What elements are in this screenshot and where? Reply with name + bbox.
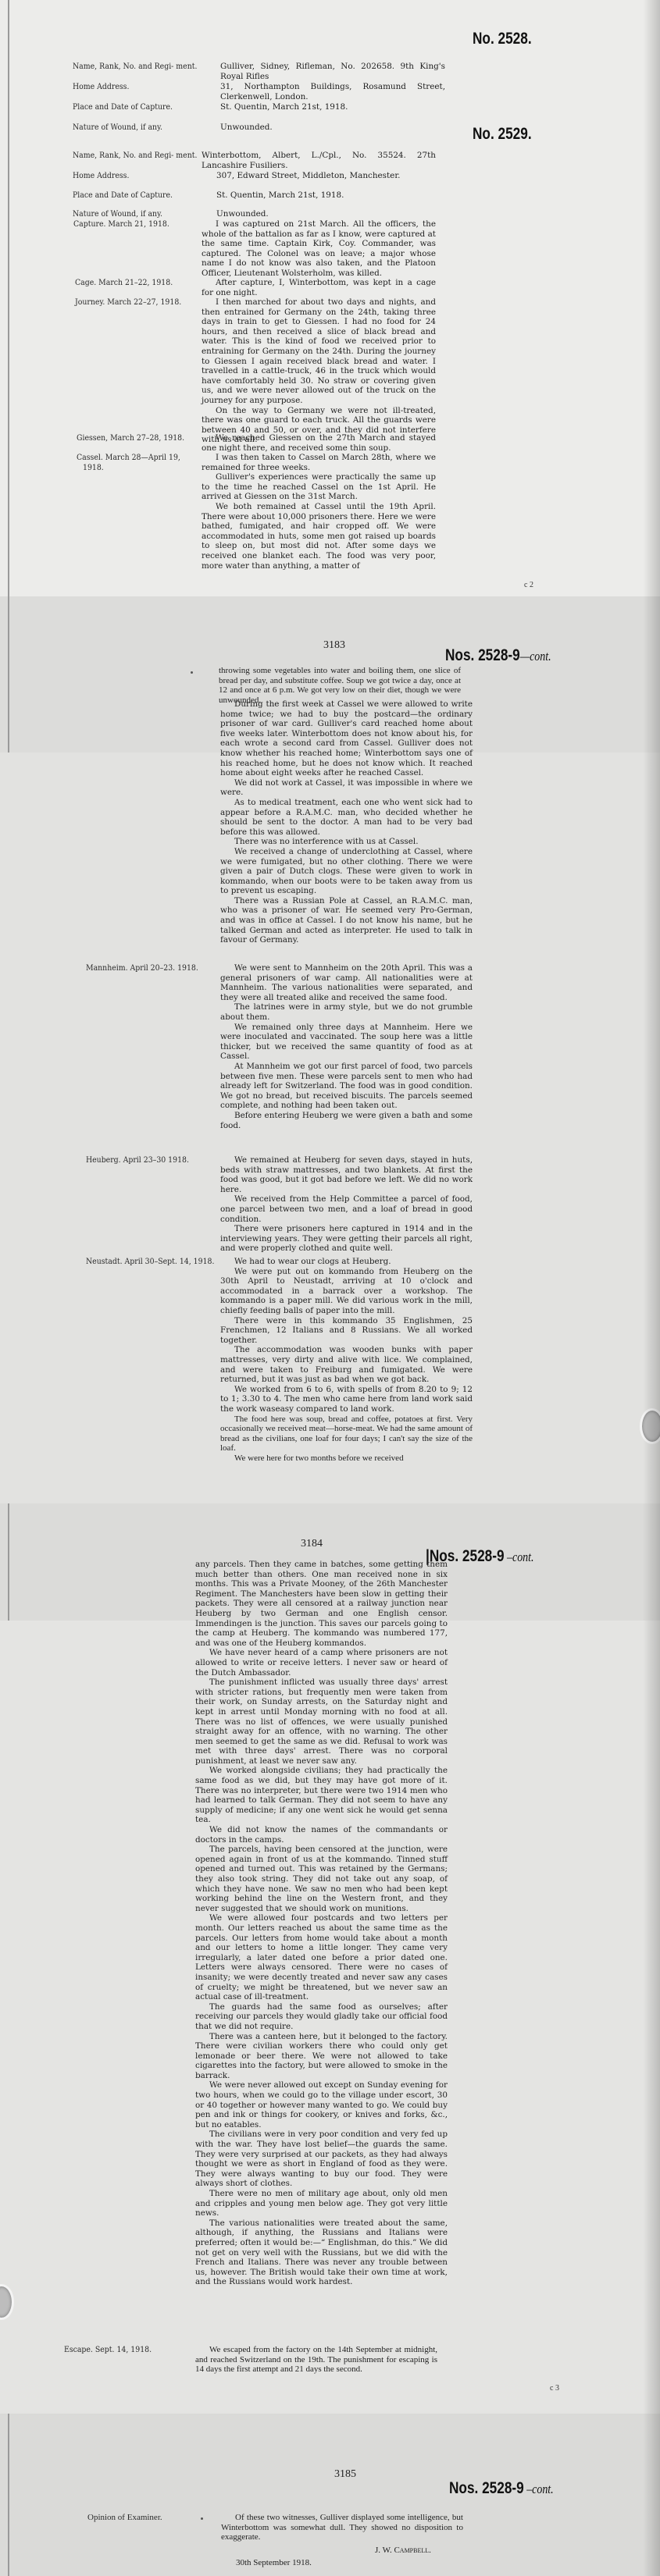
header-suffix: —cont. — [520, 649, 551, 664]
margin-note-mannheim: Mannheim. April 20–23. 1918. — [86, 963, 217, 973]
paragraph: We were here for two months before we re… — [220, 1453, 473, 1464]
running-header: Nos. 2528-9—cont. — [445, 646, 551, 665]
header-suffix: –cont. — [505, 1550, 534, 1564]
paragraph: The food here was soup, bread and coffee… — [220, 1414, 473, 1453]
paragraph: We were sent to Mannheim on the 20th Apr… — [220, 963, 473, 1002]
paragraph: The civilians were in very poor conditio… — [195, 2129, 448, 2189]
margin-note-cage: Cage. March 21–22, 1918. — [75, 278, 204, 288]
paragraph: We received from the Help Committee a pa… — [220, 1194, 473, 1224]
page-4: 3185 Nos. 2528-9 –cont. Opinion of Exami… — [0, 2414, 660, 2576]
paragraph: We did not know the names of the command… — [195, 1825, 448, 1845]
paragraph: We worked from 6 to 6, with spells of fr… — [220, 1385, 473, 1414]
page-1: No. 2528. Name, Rank, No. and Regi- ment… — [0, 0, 660, 596]
printer-signature: c 2 — [524, 581, 533, 589]
field-label: Place and Date of Capture. — [73, 190, 205, 201]
paragraph: We were allowed four postcards and two l… — [195, 1913, 448, 2001]
paragraph: We did not work at Cassel, it was imposs… — [220, 778, 473, 798]
paragraph: After capture, I, Winterbottom, was kept… — [202, 278, 436, 297]
field-label: Name, Rank, No. and Regi- ment. — [73, 62, 204, 72]
paragraph: There were no men of military age about,… — [195, 2189, 448, 2218]
field-value: 307, Edward Street, Middleton, Mancheste… — [216, 171, 443, 181]
paragraph: We remained at Heuberg for seven days, s… — [220, 1155, 473, 1194]
paragraph: Gulliver's experiences were practically … — [202, 472, 436, 502]
examination-date: 30th September 1918. — [236, 2558, 312, 2567]
paragraph: We both remained at Cassel until the 19t… — [202, 502, 436, 571]
paragraph: I then marched for about two days and ni… — [202, 297, 436, 406]
paragraph: We escaped from the factory on the 14th … — [195, 2345, 437, 2375]
paragraph: We reached Giessen on the 27th March and… — [202, 433, 436, 453]
field-value: Unwounded. — [216, 209, 443, 219]
header-title: Nos. 2528-9 — [445, 646, 520, 664]
paragraph: There was a Russian Pole at Cassel, an R… — [220, 896, 473, 945]
paragraph: The parcels, having been censored at the… — [195, 1845, 448, 1913]
paragraph: We received a change of underclothing at… — [220, 847, 473, 896]
page-number: 3185 — [334, 2468, 356, 2481]
paragraph: The latrines were in army style, but we … — [220, 1002, 473, 1022]
page-2: 3183 Nos. 2528-9—cont. throwing some veg… — [0, 596, 660, 1503]
paragraph: There were prisoners here captured in 19… — [220, 1224, 473, 1254]
paragraph: We remained only three days at Mannheim.… — [220, 1023, 473, 1062]
paragraph: There were in this kommando 35 Englishme… — [220, 1316, 473, 1346]
entry-number-2529: No. 2529. — [473, 125, 532, 144]
margin-note-neustadt: Neustadt. April 30–Sept. 14, 1918. — [86, 1257, 217, 1267]
printer-signature: c 3 — [550, 2384, 559, 2393]
field-value: Gulliver, Sidney, Rifleman, No. 202658. … — [220, 62, 445, 81]
header-title: Nos. 2528-9 — [449, 2479, 524, 2497]
page-number: 3183 — [323, 639, 345, 652]
section-capture: I was captured on 21st March. All the of… — [202, 219, 436, 279]
section-neustadt: We had to wear our clogs at Heuberg. We … — [220, 1257, 473, 1463]
margin-note-heuberg: Heuberg. April 23–30 1918. — [86, 1155, 217, 1165]
margin-note-capture: Capture. March 21, 1918. — [73, 219, 202, 229]
paragraph: The accommodation was wooden bunks with … — [220, 1345, 473, 1384]
paragraph: During the first week at Cassel we were … — [220, 699, 473, 778]
paragraph: We have never heard of a camp where pris… — [195, 1648, 448, 1678]
opinion-of-examiner: Of these two witnesses, Gulliver display… — [221, 2513, 463, 2542]
paragraph: Of these two witnesses, Gulliver display… — [221, 2513, 463, 2542]
field-value: Unwounded. — [220, 123, 445, 133]
opinion-label: Opinion of Examiner. — [87, 2513, 197, 2523]
binding-hole — [640, 1408, 660, 1444]
field-label: Name, Rank, No. and Regi- ment. — [73, 151, 204, 161]
paragraph: Before entering Heuberg we were given a … — [220, 1111, 473, 1130]
entry-number-2528: No. 2528. — [473, 30, 532, 48]
field-value: 31, Northampton Buildings, Rosamund Stre… — [220, 82, 445, 101]
paragraph: any parcels. Then they came in batches, … — [195, 1560, 448, 1648]
page-3: 3184 |Nos. 2528-9 –cont. any parcels. Th… — [0, 1503, 660, 2414]
section-heuberg: We remained at Heuberg for seven days, s… — [220, 1155, 473, 1254]
paragraph: There was no interference with us at Cas… — [220, 837, 473, 847]
examiner-signature: J. W. Campbell. — [375, 2546, 431, 2555]
margin-note-giessen: Giessen, March 27–28, 1918. — [77, 433, 200, 443]
page-number: 3184 — [301, 1538, 323, 1550]
paragraph: We had to wear our clogs at Heuberg. — [220, 1257, 473, 1267]
section-cage: After capture, I, Winterbottom, was kept… — [202, 278, 436, 297]
section-giessen: We reached Giessen on the 27th March and… — [202, 433, 436, 453]
field-label: Home Address. — [73, 82, 198, 92]
field-value: Winterbottom, Albert, L./Cpl., No. 35524… — [202, 151, 436, 170]
field-value: St. Quentin, March 21st, 1918. — [220, 102, 445, 112]
field-label: Nature of Wound, if any. — [73, 209, 205, 219]
field-label: Home Address. — [73, 171, 198, 181]
header-suffix: –cont. — [524, 2482, 554, 2496]
section-journey: I then marched for about two days and ni… — [202, 297, 436, 445]
paragraph: There was a canteen here, but it belonge… — [195, 2032, 448, 2081]
section-cassel: I was then taken to Cassel on March 28th… — [202, 453, 436, 571]
margin-note-cassel: Cassel. March 28—April 19, 1918. — [77, 453, 200, 472]
margin-note-escape: Escape. Sept. 14, 1918. — [64, 2345, 189, 2355]
margin-note-journey: Journey. March 22–27, 1918. — [75, 297, 198, 308]
section-mannheim: We were sent to Mannheim on the 20th Apr… — [220, 963, 473, 1130]
paragraph: I was then taken to Cassel on March 28th… — [202, 453, 436, 472]
section-neustadt-continued: any parcels. Then they came in batches, … — [195, 1560, 448, 2287]
paragraph: I was captured on 21st March. All the of… — [202, 219, 436, 279]
paragraph: The guards had the same food as ourselve… — [195, 2002, 448, 2032]
paragraph: We were put out on kommando from Heuberg… — [220, 1267, 473, 1316]
field-label: Place and Date of Capture. — [73, 102, 205, 112]
paragraph: We were never allowed out except on Sund… — [195, 2080, 448, 2129]
section-escape: We escaped from the factory on the 14th … — [195, 2345, 437, 2375]
paragraph: At Mannheim we got our first parcel of f… — [220, 1062, 473, 1111]
paragraph: As to medical treatment, each one who we… — [220, 798, 473, 837]
running-header: Nos. 2528-9 –cont. — [449, 2479, 554, 2498]
paragraph: We worked alongside civilians; they had … — [195, 1766, 448, 1825]
paragraph: The various nationalities were treated a… — [195, 2218, 448, 2287]
section-cassel-continued: During the first week at Cassel we were … — [220, 699, 473, 945]
field-label: Nature of Wound, if any. — [73, 123, 205, 133]
field-value: St. Quentin, March 21st, 1918. — [216, 190, 443, 201]
paragraph: The punishment inflicted was usually thr… — [195, 1678, 448, 1766]
